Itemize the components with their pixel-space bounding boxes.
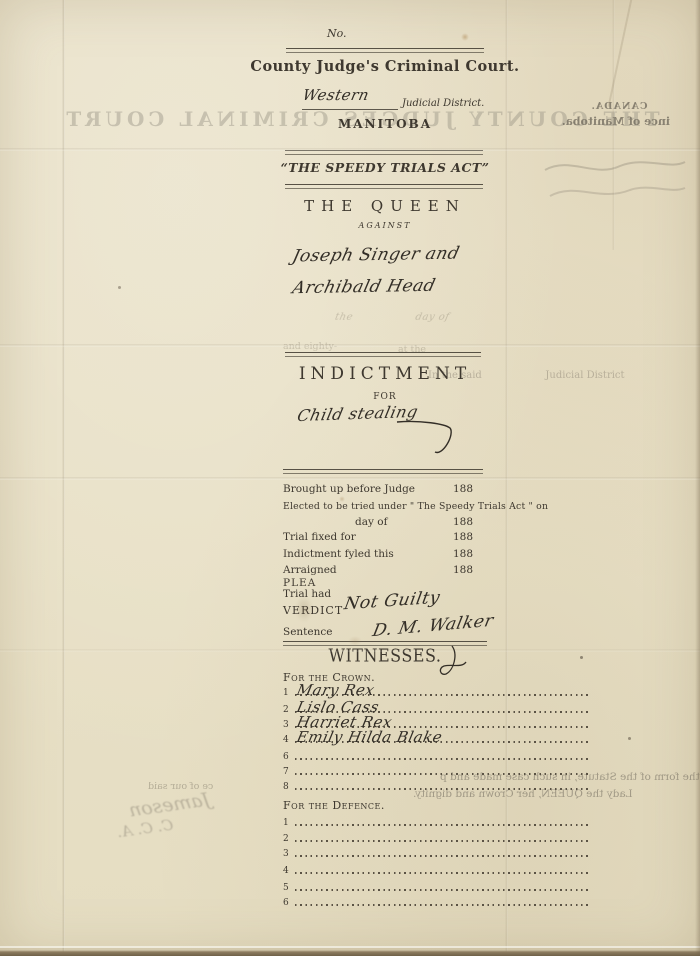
vertical-fold-crease-upper-right [612, 0, 615, 250]
stain-speck [628, 737, 631, 740]
for-label: FOR [373, 392, 396, 402]
stain-spot [461, 33, 469, 41]
scanned-document-page: THE COUNTY JUDGES CRIMINAL COURT CANADA.… [0, 0, 700, 956]
record-row: Trial fixed for 188 [283, 531, 489, 543]
judge-signature: D. M. Walker [371, 611, 496, 641]
record-row-year: 188 [453, 531, 473, 543]
document-number-label: No. [327, 27, 347, 40]
witness-name-handwritten: Mary Rex [295, 681, 376, 699]
witness-row: 3 [283, 843, 588, 859]
witness-row: 1 Mary Rex [283, 682, 588, 698]
witness-row: 2 [283, 828, 588, 844]
record-row: Indictment fyled this 188 [283, 548, 489, 560]
witness-number: 1 [283, 688, 289, 698]
witness-row: 4 Emily Hilda Blake [283, 729, 588, 745]
record-row-label: Trial fixed for [283, 531, 356, 543]
stain-smudge [295, 596, 313, 622]
witness-number: 8 [283, 782, 289, 792]
bottom-page-edge [0, 946, 700, 956]
record-row-year: 188 [453, 516, 473, 528]
rule-top [286, 48, 484, 53]
stain-spot [339, 496, 345, 502]
witness-row: 6 [283, 892, 588, 908]
horizontal-fold-crease-1 [0, 148, 700, 151]
verdict-label: VERDICT [283, 604, 343, 617]
stain-speck [580, 656, 583, 659]
signature-flourish [428, 644, 468, 678]
record-row: Arraigned 188 [283, 564, 489, 576]
rule-below-act [285, 184, 483, 189]
district-label: Judicial District. [402, 98, 484, 109]
witness-number: 4 [283, 866, 289, 876]
record-row-year: 188 [453, 548, 473, 560]
witness-number: 1 [283, 818, 289, 828]
district-handwritten-value: Western [301, 86, 371, 104]
witness-dotted-line [295, 855, 588, 857]
province-name: MANITOBA [338, 117, 432, 131]
party-queen: THE QUEEN [304, 197, 466, 215]
record-row: Elected to be tried under " The Speedy T… [283, 501, 489, 512]
bleedthrough-flourish-top-right [540, 148, 690, 208]
district-underline [302, 109, 398, 110]
witness-row: 6 [283, 746, 588, 762]
witness-dotted-line [295, 824, 588, 826]
stain-speck [118, 286, 121, 289]
witness-dotted-line [295, 872, 588, 874]
witness-dotted-line [295, 840, 588, 842]
defence-witness-list: 1 2 3 4 5 6 [283, 814, 588, 914]
witness-number: 6 [283, 898, 289, 908]
witness-row: 8 [283, 776, 588, 792]
record-row-label: Elected to be tried under " The Speedy T… [283, 501, 548, 512]
rule-above-indictment [285, 352, 481, 357]
rule-above-record [283, 469, 483, 474]
witness-row: 4 [283, 860, 588, 876]
versus-label: AGAINST [359, 221, 412, 230]
witness-dotted-line [295, 773, 588, 775]
witness-dotted-line [295, 889, 588, 891]
witness-number: 3 [283, 849, 289, 859]
witness-number: 4 [283, 735, 289, 745]
defence-witnesses-label: For the Defence. [283, 799, 385, 812]
record-row-label: day of [283, 516, 387, 528]
crown-witness-list: 1 Mary Rex 2 Lislo Cass 3 Harriet Rex 4 … [283, 686, 588, 806]
record-row-year: 188 [453, 564, 473, 576]
witness-row: 7 [283, 761, 588, 777]
indictment-title: INDICTMENT [299, 364, 471, 384]
bleedthrough-signature: Jameson C. C. A. [40, 788, 214, 851]
horizontal-fold-crease-3 [0, 477, 700, 480]
witness-dotted-line [295, 904, 588, 906]
defendants-line-1: Joseph Singer and [290, 244, 461, 267]
horizontal-fold-crease-2 [0, 344, 700, 347]
witness-row: 1 [283, 812, 588, 828]
sentence-label: Sentence [283, 626, 332, 638]
record-row-year: 188 [453, 483, 473, 495]
act-title: “THE SPEEDY TRIALS ACT” [281, 160, 490, 175]
bleedthrough-date-fragment-1: the day of [334, 312, 451, 323]
witness-dotted-line [295, 788, 588, 790]
right-page-edge [695, 0, 700, 956]
bleedthrough-canada: CANADA. [580, 101, 658, 112]
bleedthrough-province: ince of Manitoba. [536, 115, 670, 128]
record-row-label: Brought up before Judge [283, 483, 415, 495]
record-row-label: Arraigned [283, 564, 337, 576]
stain-spot [348, 636, 362, 646]
witness-dotted-line [295, 758, 588, 760]
defendants-line-2: Archibald Head [290, 276, 437, 298]
charge-flourish [395, 418, 455, 460]
witness-row: 5 [283, 877, 588, 893]
record-row: day of 188 [283, 516, 489, 528]
record-row: Brought up before Judge 188 [283, 483, 489, 495]
court-title: County Judge's Criminal Court. [250, 58, 519, 75]
witness-name-handwritten: Emily Hilda Blake [295, 728, 444, 746]
record-rows: Brought up before Judge 188 Elected to b… [283, 477, 489, 607]
horizontal-fold-crease-4 [0, 649, 700, 652]
record-row-label: Indictment fyled this [283, 548, 394, 560]
